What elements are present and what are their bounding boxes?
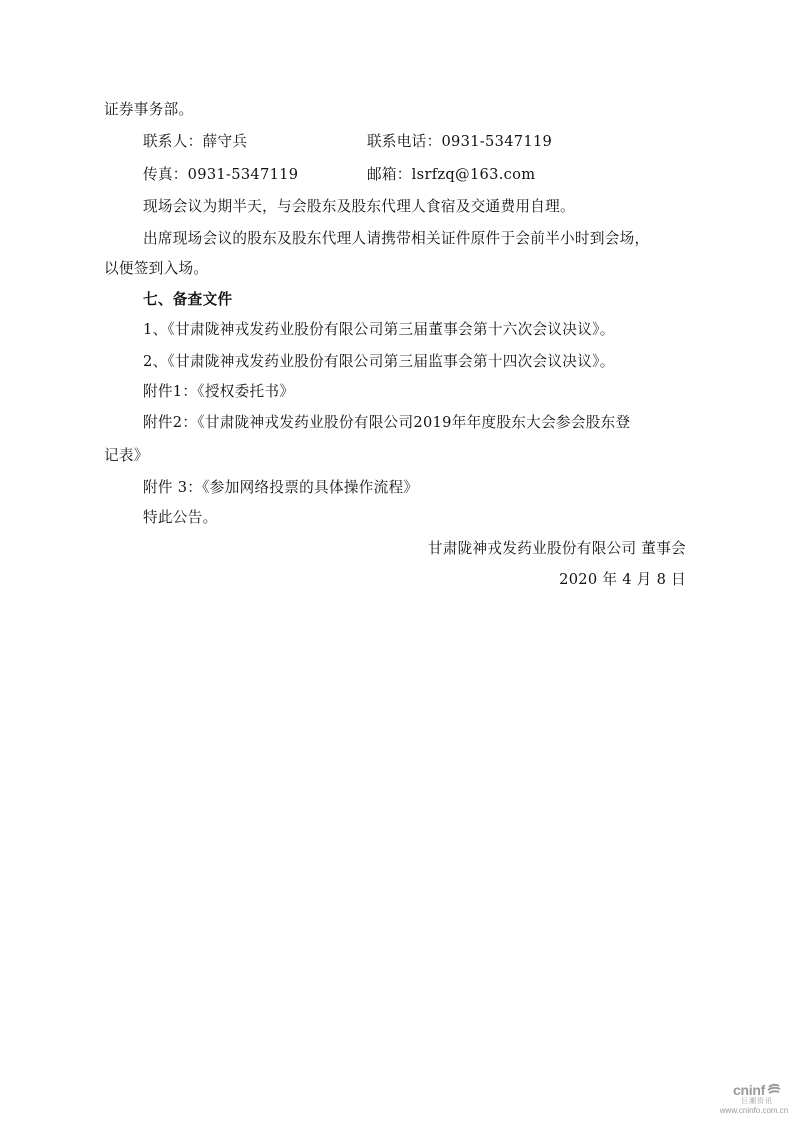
document-page: 证券事务部。 联系人：薛守兵 联系电话：0931-5347119 传真：0931… bbox=[0, 0, 793, 1122]
text-line: 证券事务部。 bbox=[104, 100, 686, 120]
attendance-text: 出席现场会议的股东及股东代理人请携带相关证件原件于会前半小时到会场， bbox=[143, 229, 686, 249]
watermark-brand: cninf bbox=[722, 1083, 792, 1097]
section-heading: 七、备查文件 bbox=[143, 290, 686, 310]
meeting-duration-text: 现场会议为期半天，与会股东及股东代理人食宿及交通费用自理。 bbox=[143, 197, 686, 217]
attachment-item-cont: 记表》 bbox=[104, 446, 686, 466]
signature-company: 甘肃陇神戎发药业股份有限公司 董事会 bbox=[428, 539, 686, 559]
watermark-subtitle: 巨潮资讯 bbox=[722, 1097, 792, 1106]
cninfo-watermark: cninf 巨潮资讯 www.cninfo.com.cn bbox=[722, 1083, 792, 1116]
signature-date: 2020 年 4 月 8 日 bbox=[559, 570, 686, 590]
watermark-brand-text: cninf bbox=[733, 1083, 765, 1097]
contact-phone: 联系电话：0931-5347119 bbox=[367, 132, 552, 152]
watermark-url: www.cninfo.com.cn bbox=[716, 1106, 792, 1116]
contact-email: 邮箱：lsrfzq@163.com bbox=[367, 165, 535, 185]
closing-text: 特此公告。 bbox=[143, 508, 686, 528]
reference-doc-item: 2、《甘肃陇神戎发药业股份有限公司第三届监事会第十四次会议决议》。 bbox=[143, 352, 686, 372]
reference-doc-item: 1、《甘肃陇神戎发药业股份有限公司第三届董事会第十六次会议决议》。 bbox=[143, 320, 686, 340]
attendance-text-cont: 以便签到入场。 bbox=[104, 259, 686, 279]
attachment-item: 附件 3：《参加网络投票的具体操作流程》 bbox=[143, 478, 686, 498]
cninfo-swirl-icon bbox=[767, 1083, 781, 1097]
attachment-item: 附件1：《授权委托书》 bbox=[143, 382, 686, 402]
attachment-item: 附件2：《甘肃陇神戎发药业股份有限公司2019年年度股东大会参会股东登 bbox=[143, 413, 686, 433]
